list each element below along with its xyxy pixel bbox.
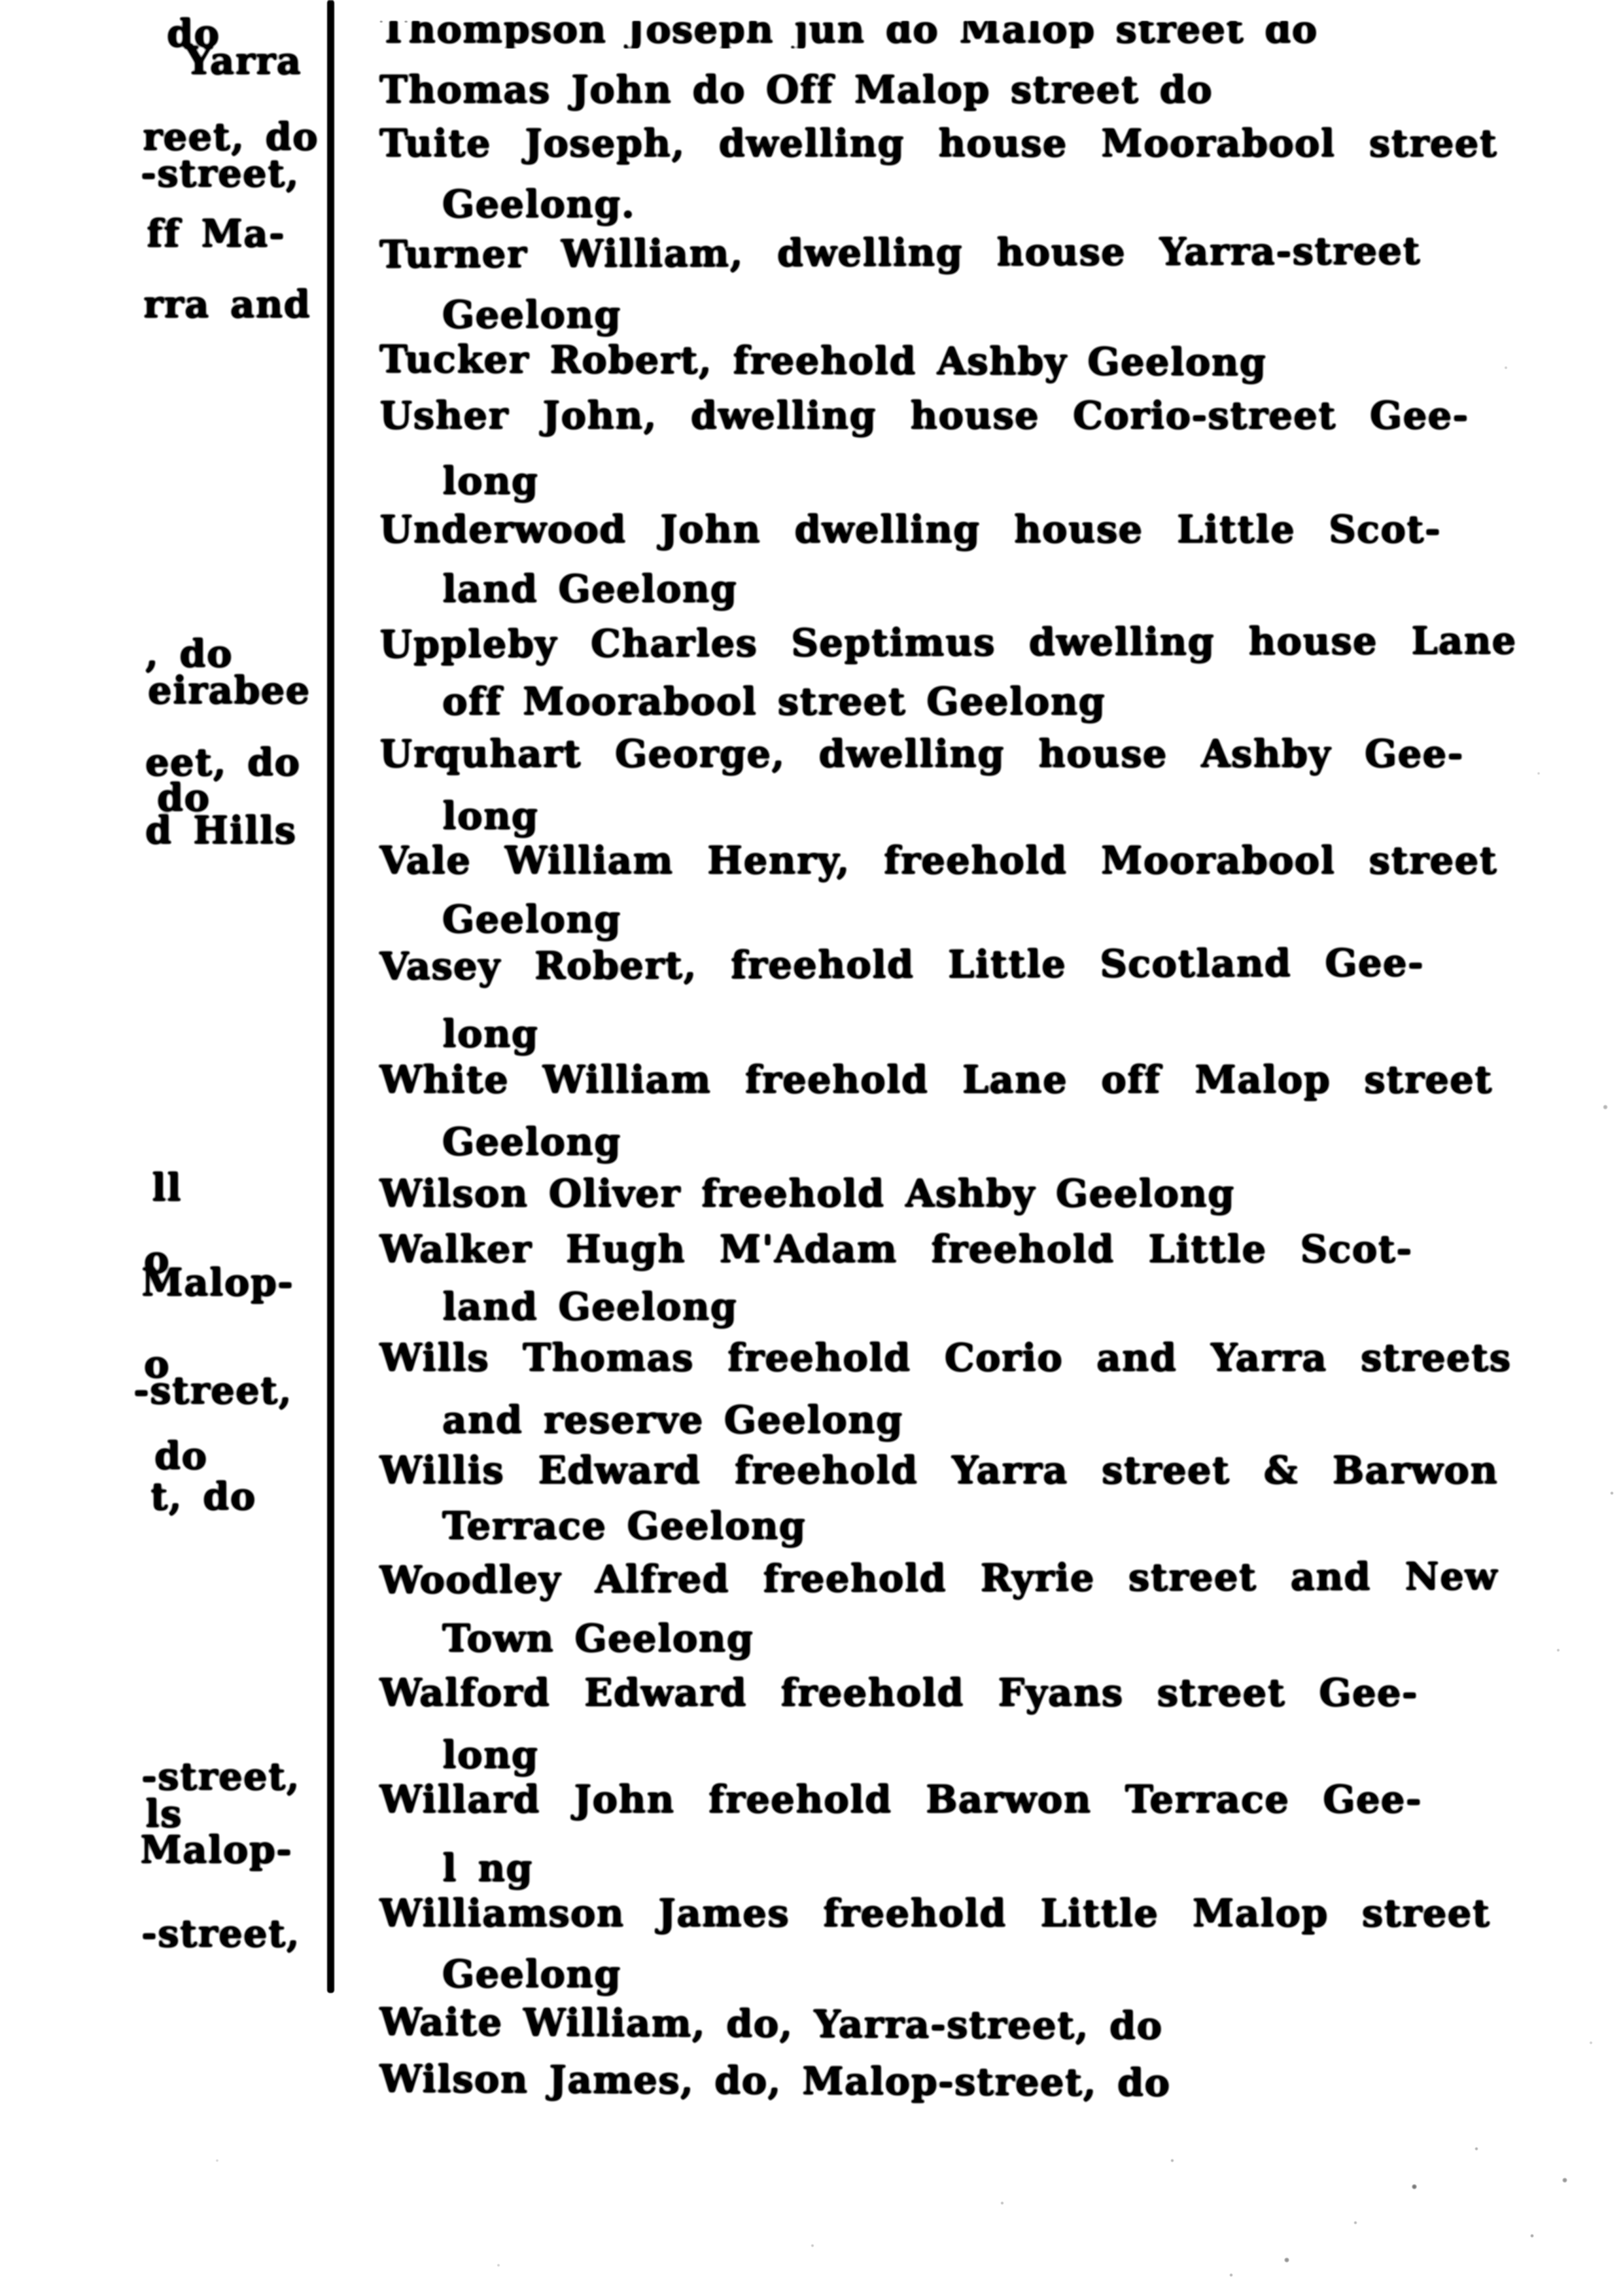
roll-entry-continuation-line: long <box>442 1015 538 1053</box>
roll-entry-continuation-line: off Moorabool street Geelong <box>442 682 1106 720</box>
roll-entry-line: Usher John, dwelling house Corio-street … <box>379 397 1469 434</box>
left-column-fragment: ll <box>152 1169 182 1207</box>
roll-entry-continuation-line: long <box>442 1736 538 1774</box>
scanned-document-page: doYarrareet, do-street,ff Ma-rra and, do… <box>0 0 1623 2296</box>
roll-entry-continuation-line: long <box>442 462 538 500</box>
roll-entry-line: Waite William, do, Yarra-street, do <box>379 2003 1163 2045</box>
roll-entry-line: Thomas John do Off Malop street do <box>379 71 1213 109</box>
column-divider-rule <box>327 0 334 1993</box>
roll-entry-continuation-line: land Geelong <box>442 1288 737 1326</box>
left-column-fragment: d Hills <box>145 811 296 849</box>
roll-entry-line: Wilson James, do, Malop-street, do <box>379 2060 1170 2102</box>
roll-entry-line: Willis Edward freehold Yarra street & Ba… <box>379 1451 1498 1489</box>
roll-entry-line: Woodley Alfred freehold Ryrie street and… <box>379 1557 1498 1599</box>
roll-entry-line: Thompson Joseph jun do Malop street do <box>379 10 1318 48</box>
roll-entry-continuation-line: Geelong <box>442 1123 621 1161</box>
left-column-fragment: Malop- <box>141 1263 294 1301</box>
roll-entry-line: Urquhart George, dwelling house Ashby Ge… <box>379 735 1464 773</box>
roll-entry-continuation-line: long <box>442 797 538 835</box>
roll-entry-continuation-line: and reserve Geelong <box>442 1401 903 1439</box>
roll-entry-continuation-line: l ng <box>442 1849 533 1887</box>
roll-entry-continuation-line: Geelong <box>442 1955 621 1993</box>
left-column-fragment: -street, <box>141 1915 300 1952</box>
left-column-fragment: t, do <box>150 1477 256 1515</box>
left-column-fragment: -street, <box>133 1371 292 1409</box>
roll-entry-line: Williamson James freehold Little Malop s… <box>379 1894 1490 1932</box>
left-column-fragment: Yarra <box>185 42 302 80</box>
left-column-fragment: eirabee <box>148 671 310 709</box>
roll-entry-line: Walker Hugh M'Adam freehold Little Scot- <box>379 1230 1412 1268</box>
roll-entry-continuation-line: Terrace Geelong <box>442 1507 806 1545</box>
left-column-fragment: do <box>154 1437 207 1475</box>
left-column-fragment: reet, do <box>143 118 319 156</box>
roll-entry-continuation-line: land Geelong <box>442 570 737 608</box>
left-column-fragment: Malop- <box>140 1831 292 1869</box>
roll-entry-line: Tucker Robert, freehold Ashby Geelong <box>379 340 1266 381</box>
roll-entry-line: Walford Edward freehold Fyans street Gee… <box>379 1674 1418 1712</box>
left-column-fragment: ff Ma- <box>147 215 285 253</box>
roll-entry-line: Vasey Robert, freehold Little Scotland G… <box>379 944 1424 985</box>
roll-entry-continuation-line: Town Geelong <box>442 1619 754 1657</box>
roll-entry-line: Willard John freehold Barwon Terrace Gee… <box>379 1780 1422 1818</box>
left-column-fragment: -street, <box>141 154 300 192</box>
roll-entry-line: White William freehold Lane off Malop st… <box>379 1061 1493 1099</box>
roll-entry-line: Tuite Joseph, dwelling house Moorabool s… <box>379 124 1497 162</box>
roll-entry-continuation-line: Geelong <box>442 296 621 334</box>
scan-noise <box>0 0 3 3</box>
roll-entry-line: Uppleby Charles Septimus dwelling house … <box>379 622 1517 663</box>
roll-entry-line: Underwood John dwelling house Little Sco… <box>379 510 1441 548</box>
left-column-fragment: , do <box>145 635 233 673</box>
roll-entry-continuation-line: Geelong. <box>442 185 635 223</box>
left-column-fragment: rra and <box>143 285 311 323</box>
roll-entry-line: Vale William Henry, freehold Moorabool s… <box>379 841 1497 879</box>
roll-entry-continuation-line: Geelong <box>442 900 621 938</box>
roll-entry-line: Wills Thomas freehold Corio and Yarra st… <box>379 1339 1511 1377</box>
roll-entry-line: Turner William, dwelling house Yarra-str… <box>379 232 1421 274</box>
left-column-fragment: -street, <box>141 1757 300 1795</box>
roll-entry-line: Wilson Oliver freehold Ashby Geelong <box>379 1174 1235 1212</box>
